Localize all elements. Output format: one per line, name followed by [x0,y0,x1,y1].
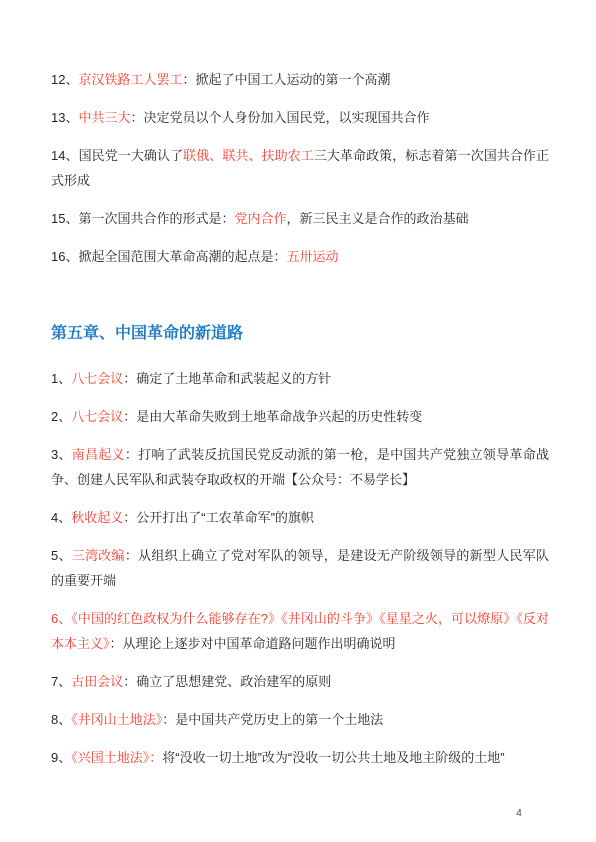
list-item: 8、《井冈山土地法》：是中国共产党历史上的第一个土地法 [51,707,549,732]
list-item: 5、三湾改编：从组织上确立了党对军队的领导，是建设无产阶级领导的新型人民军队的重… [51,543,549,593]
key-term: 古田会议 [71,674,123,689]
chapter-heading: 第五章、中国革命的新道路 [51,321,549,346]
text-segment: 1、 [51,371,71,386]
list-item: 4、秋收起义：公开打出了“工农革命军”的旗帜 [51,505,549,530]
key-term: 秋收起义 [71,510,123,525]
list-item: 3、南昌起义：打响了武装反抗国民党反动派的第一枪，是中国共产党独立领导革命战争、… [51,442,549,492]
list-item: 6、《中国的红色政权为什么能够存在?》《井冈山的斗争》《星星之火，可以燎原》《反… [51,606,549,656]
page-number: 4 [508,806,530,822]
text-segment: ：从组织上确立了党对军队的领导，是建设无产阶级领导的新型人民军队的重要开端 [51,548,549,588]
text-segment: 5、 [51,548,72,563]
text-segment: ：确立了思想建党、政治建军的原则 [123,674,331,689]
list-item: 2、八七会议：是由大革命失败到土地革命战争兴起的历史性转变 [51,404,549,429]
key-term: 三湾改编 [72,548,125,563]
document-page: 12、京汉铁路工人罢工：掀起了中国工人运动的第一个高潮13、中共三大：决定党员以… [0,0,596,783]
key-term: 《兴国土地法》： [71,750,162,765]
key-term: 南昌起义 [72,447,125,462]
text-segment: ：确定了土地革命和武装起义的方针 [123,371,331,386]
key-term: 《井冈山土地法》 [71,712,162,727]
key-term: 联俄、联共、扶助农工 [183,148,314,163]
text-segment: 9、 [51,750,71,765]
text-segment: ：打响了武装反抗国民党反动派的第一枪，是中国共产党独立领导革命战争、创建人民军队… [51,447,549,487]
text-segment: ：是由大革命失败到土地革命战争兴起的历史性转变 [123,409,422,424]
notes-list-chapter4: 12、京汉铁路工人罢工：掀起了中国工人运动的第一个高潮13、中共三大：决定党员以… [51,67,549,269]
text-segment: ：从理论上逐步对中国革命道路问题作出明确说明 [110,636,396,651]
notes-list-chapter5: 1、八七会议：确定了土地革命和武装起义的方针2、八七会议：是由大革命失败到土地革… [51,366,549,770]
text-segment: ：公开打出了“工农革命军”的旗帜 [123,510,314,525]
key-term: 五卅运动 [286,249,338,264]
text-segment: ：是中国共产党历史上的第一个土地法 [162,712,383,727]
list-item: 1、八七会议：确定了土地革命和武装起义的方针 [51,366,549,391]
text-segment: ，新三民主义是合作的政治基础 [286,211,468,226]
text-segment: 14、国民党一大确认了 [51,148,183,163]
key-term: 中共三大 [78,110,130,125]
text-segment: 8、 [51,712,71,727]
text-segment: 12、 [51,72,78,87]
text-segment: 3、 [51,447,72,462]
text-segment: 15、第一次国共合作的形式是： [51,211,234,226]
text-segment: 16、掀起全国范围大革命高潮的起点是： [51,249,286,264]
list-item: 9、《兴国土地法》：将“没收一切土地”改为“没收一切公共土地及地主阶级的土地” [51,745,549,770]
key-term: 八七会议 [71,409,123,424]
list-item: 12、京汉铁路工人罢工：掀起了中国工人运动的第一个高潮 [51,67,549,92]
list-item: 15、第一次国共合作的形式是：党内合作，新三民主义是合作的政治基础 [51,206,549,231]
text-segment: ：决定党员以个人身份加入国民党，以实现国共合作 [130,110,429,125]
list-item: 7、古田会议：确立了思想建党、政治建军的原则 [51,669,549,694]
text-segment: 2、 [51,409,71,424]
list-item: 13、中共三大：决定党员以个人身份加入国民党，以实现国共合作 [51,105,549,130]
text-segment: ：掀起了中国工人运动的第一个高潮 [182,72,390,87]
key-term: 党内合作 [234,211,286,226]
text-segment: 7、 [51,674,71,689]
list-item: 16、掀起全国范围大革命高潮的起点是：五卅运动 [51,244,549,269]
text-segment: 4、 [51,510,71,525]
text-segment: 将“没收一切土地”改为“没收一切公共土地及地主阶级的土地” [162,750,504,765]
key-term: 京汉铁路工人罢工 [78,72,182,87]
text-segment: 13、 [51,110,78,125]
list-item: 14、国民党一大确认了联俄、联共、扶助农工三大革命政策，标志着第一次国共合作正式… [51,143,549,193]
key-term: 八七会议 [71,371,123,386]
